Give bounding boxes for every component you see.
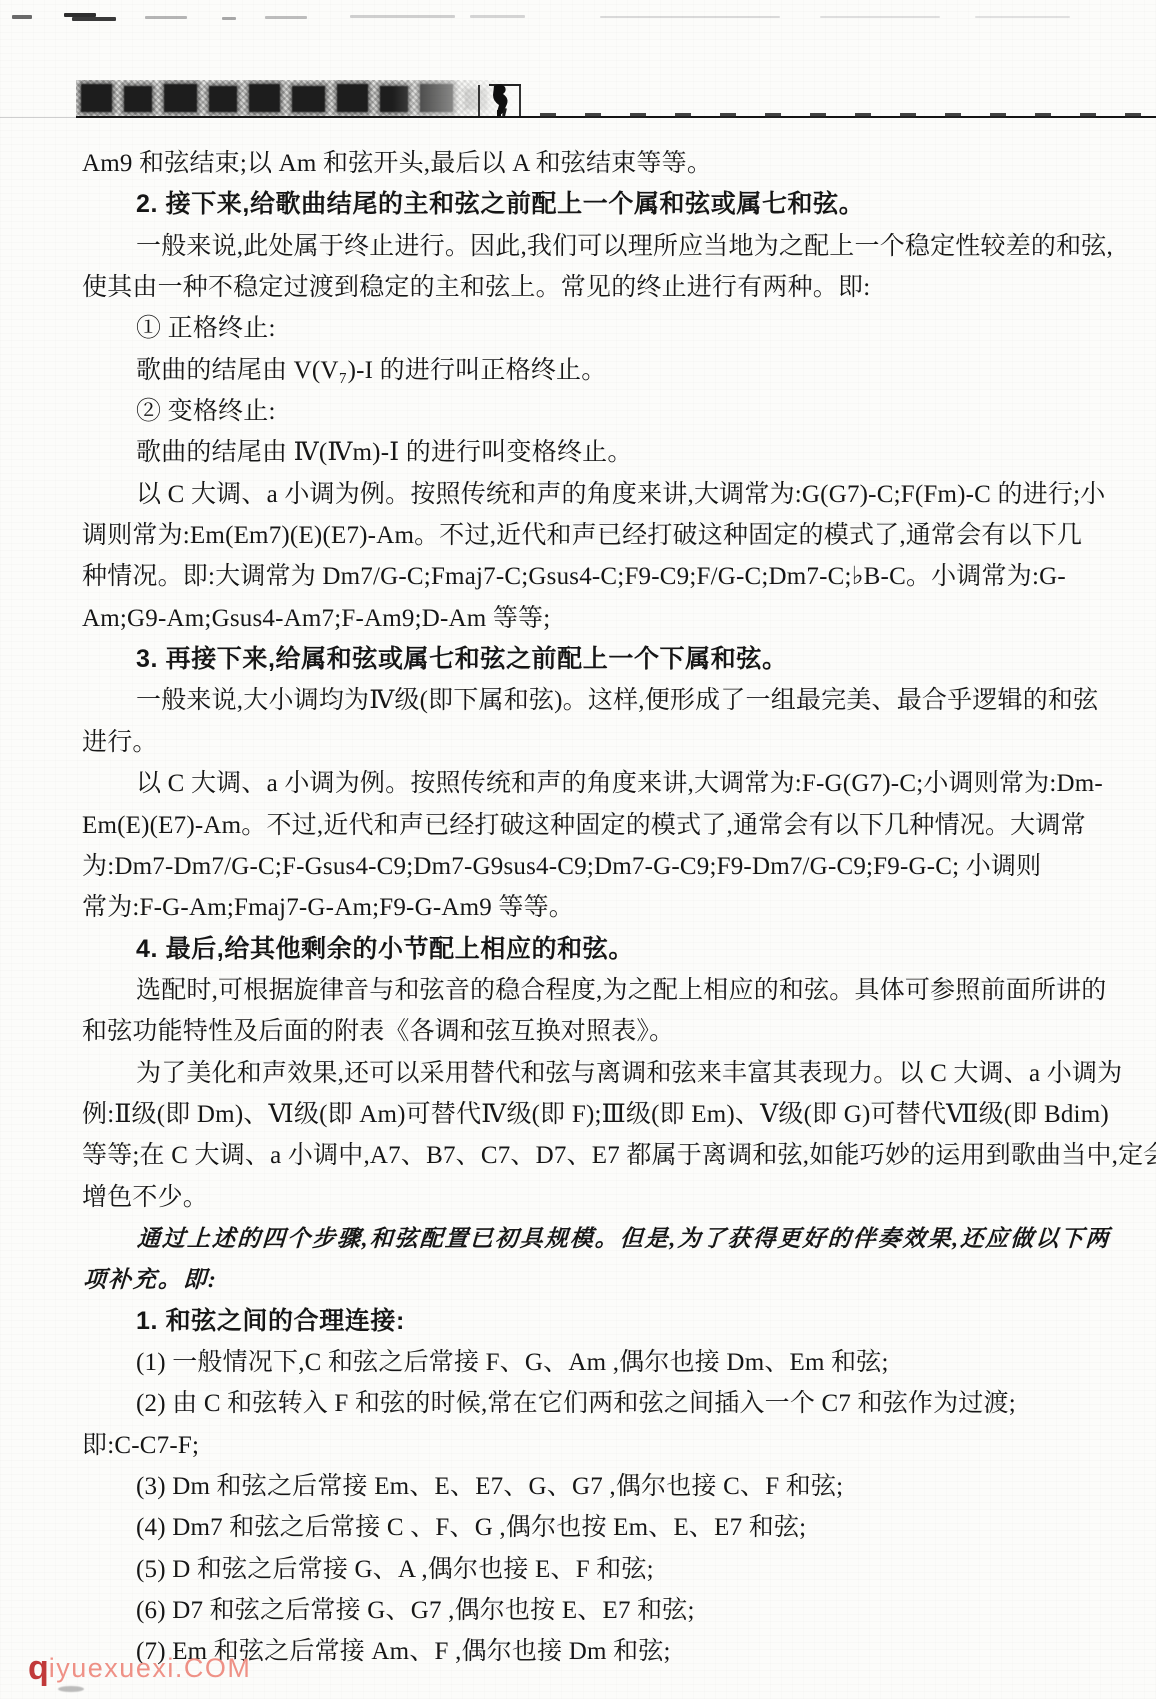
banner-glyph-blob [209, 86, 237, 112]
scan-artifact [145, 16, 187, 19]
heading-line: 2. 接下来,给歌曲结尾的主和弦之前配上一个属和弦或属七和弦。 [82, 184, 1142, 225]
text-line: 和弦功能特性及后面的附表《各调和弦互换对照表》。 [82, 1011, 1142, 1052]
scan-artifact [265, 16, 307, 19]
scan-artifact [600, 16, 780, 18]
text-line: 增色不少。 [82, 1177, 1142, 1218]
text-line: 为了美化和声效果,还可以采用替代和弦与离调和弦来丰富其表现力。以 C 大调、a … [82, 1053, 1142, 1094]
scan-artifact [12, 15, 32, 19]
text-line: 通过上述的四个步骤,和弦配置已初具规模。但是,为了获得更好的伴奏效果,还应做以下… [82, 1218, 1144, 1259]
text-line: 一般来说,大小调均为Ⅳ级(即下属和弦)。这样,便形成了一组最完美、最合乎逻辑的和… [82, 680, 1142, 721]
page-content: Am9 和弦结束;以 Am 和弦开头,最后以 A 和弦结束等等。2. 接下来,给… [82, 143, 1142, 1673]
text-line: 使其由一种不稳定过渡到稳定的主和弦上。常见的终止进行有两种。即: [82, 267, 1142, 308]
text-line: 即:C-C7-F; [82, 1425, 1142, 1466]
heading-line: 3. 再接下来,给属和弦或属七和弦之前配上一个下属和弦。 [82, 639, 1142, 680]
text-line: 一般来说,此处属于终止进行。因此,我们可以理所应当地为之配上一个稳定性较差的和弦… [82, 226, 1142, 267]
banner-logo-graphic [477, 81, 523, 119]
scan-artifact [222, 17, 236, 20]
header-rule-extension [0, 117, 76, 118]
header-banner [76, 80, 528, 118]
scan-artifact [72, 17, 116, 21]
scanned-book-page: Am9 和弦结束;以 Am 和弦开头,最后以 A 和弦结束等等。2. 接下来,给… [0, 0, 1156, 1699]
header-dashed-marks [540, 113, 1152, 118]
text-line: (3) Dm 和弦之后常接 Em、E、E7、G、G7 ,偶尔也接 C、F 和弦; [82, 1466, 1142, 1507]
text-line: Em(E)(E7)-Am。不过,近代和声已经打破这种固定的模式了,通常会有以下几… [82, 805, 1142, 846]
text-line: 调则常为:Em(Em7)(E)(E7)-Am。不过,近代和声已经打破这种固定的模… [82, 515, 1142, 556]
banner-glyph-blob [380, 86, 408, 112]
text-line: 以 C 大调、a 小调为例。按照传统和声的角度来讲,大调常为:G(G7)-C;F… [82, 474, 1142, 515]
banner-glyph-blob [292, 86, 325, 112]
text-line: (2) 由 C 和弦转入 F 和弦的时候,常在它们两和弦之间插入一个 C7 和弦… [82, 1383, 1142, 1424]
text-line: Am9 和弦结束;以 Am 和弦开头,最后以 A 和弦结束等等。 [82, 143, 1142, 184]
text-line: 例:Ⅱ级(即 Dm)、Ⅵ级(即 Am)可替代Ⅳ级(即 F);Ⅲ级(即 Em)、Ⅴ… [82, 1094, 1142, 1135]
banner-glyph-blob [420, 84, 453, 112]
scan-artifact [975, 16, 1070, 18]
site-watermark: qiyuexuexi.COM [28, 1649, 251, 1688]
scan-artifact [820, 16, 940, 18]
text-line: 进行。 [82, 722, 1142, 763]
scan-artifact [470, 15, 525, 18]
heading-line: 1. 和弦之间的合理连接: [82, 1301, 1142, 1342]
text-line: 为:Dm7-Dm7/G-C;F-Gsus4-C9;Dm7-G9sus4-C9;D… [82, 846, 1142, 887]
text-line: 常为:F-G-Am;Fmaj7-G-Am;F9-G-Am9 等等。 [82, 887, 1142, 928]
text-line: 项补充。即: [82, 1259, 1144, 1300]
banner-glyph-blob [81, 84, 112, 112]
text-line: (5) D 和弦之后常接 G、A ,偶尔也接 E、F 和弦; [82, 1549, 1142, 1590]
text-line: Am;G9-Am;Gsus4-Am7;F-Am9;D-Am 等等; [82, 598, 1142, 639]
text-line: ② 变格终止: [82, 391, 1142, 432]
text-line: 等等;在 C 大调、a 小调中,A7、B7、C7、D7、E7 都属于离调和弦,如… [82, 1135, 1142, 1176]
scan-artifact [350, 15, 455, 18]
text-line: (4) Dm7 和弦之后常接 C 、F、G ,偶尔也按 Em、E、E7 和弦; [82, 1507, 1142, 1548]
banner-glyph-blob [124, 86, 152, 112]
text-line: 选配时,可根据旋律音与和弦音的稳合程度,为之配上相应的和弦。具体可参照前面所讲的 [82, 970, 1142, 1011]
page-number-smudge [58, 1686, 84, 1692]
watermark-text: iyuexuexi.COM [49, 1653, 252, 1683]
text-line: 以 C 大调、a 小调为例。按照传统和声的角度来讲,大调常为:F-G(G7)-C… [82, 763, 1142, 804]
watermark-lead-letter: q [28, 1649, 49, 1687]
text-line: (6) D7 和弦之后常接 G、G7 ,偶尔也按 E、E7 和弦; [82, 1590, 1142, 1631]
text-line: (1) 一般情况下,C 和弦之后常接 F、G、Am ,偶尔也接 Dm、Em 和弦… [82, 1342, 1142, 1383]
text-line: 种情况。即:大调常为 Dm7/G-C;Fmaj7-C;Gsus4-C;F9-C9… [82, 556, 1142, 597]
text-line: 歌曲的结尾由 V(V₇)-I 的进行叫正格终止。 [82, 350, 1142, 391]
text-line: 歌曲的结尾由 Ⅳ(Ⅳm)-Ⅰ 的进行叫变格终止。 [82, 432, 1142, 473]
text-line: ① 正格终止: [82, 308, 1142, 349]
banner-glyph-blob [337, 84, 368, 112]
heading-line: 4. 最后,给其他剩余的小节配上相应的和弦。 [82, 929, 1142, 970]
banner-glyph-blob [249, 84, 280, 112]
banner-glyph-blob [164, 84, 197, 112]
